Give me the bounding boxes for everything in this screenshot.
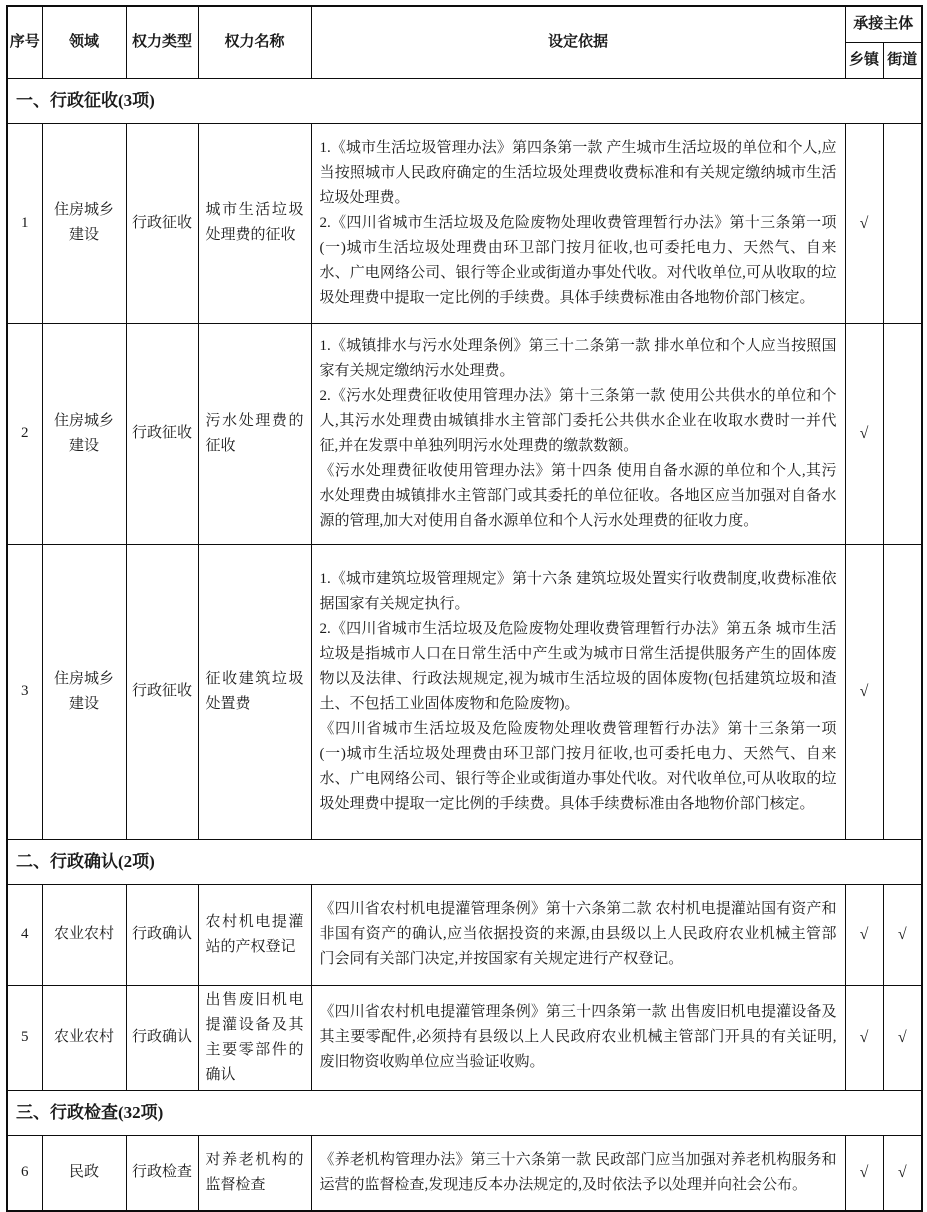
basis-paragraph: 2.《四川省城市生活垃圾及危险废物处理收费管理暂行办法》第十三条第一项 (一)城…	[320, 211, 837, 311]
power-type-cell: 行政征收	[126, 544, 198, 839]
section-header-3: 三、行政检查(32项)	[7, 1090, 922, 1135]
basis-cell: 1.《城市生活垃圾管理办法》第四条第一款 产生城市生活垃圾的单位和个人,应当按照…	[311, 123, 845, 323]
table-row: 6 民政 行政检查 对养老机构的监督检查 《养老机构管理办法》第三十六条第一款 …	[7, 1135, 922, 1211]
basis-cell: 《养老机构管理办法》第三十六条第一款 民政部门应当加强对养老机构服务和运营的监督…	[311, 1135, 845, 1211]
field-cell: 住房城乡建设	[42, 544, 126, 839]
basis-cell: 1.《城镇排水与污水处理条例》第三十二条第一款 排水单位和个人应当按照国家有关规…	[311, 323, 845, 544]
township-check: √	[845, 544, 883, 839]
street-check: √	[883, 1135, 922, 1211]
power-type-cell: 行政确认	[126, 985, 198, 1090]
township-check: √	[845, 985, 883, 1090]
township-check: √	[845, 123, 883, 323]
street-check: √	[883, 985, 922, 1090]
power-name-cell: 农村机电提灌站的产权登记	[198, 884, 311, 985]
row-number: 1	[7, 123, 42, 323]
table-row: 1 住房城乡建设 行政征收 城市生活垃圾处理费的征收 1.《城市生活垃圾管理办法…	[7, 123, 922, 323]
basis-cell: 《四川省农村机电提灌管理条例》第十六条第二款 农村机电提灌站国有资产和非国有资产…	[311, 884, 845, 985]
document-page: 序号 领域 权力类型 权力名称 设定依据 承接主体 乡镇 街道 一、行政征收(3…	[0, 0, 927, 1193]
street-check	[883, 323, 922, 544]
row-number: 5	[7, 985, 42, 1090]
power-delegation-table: 序号 领域 权力类型 权力名称 设定依据 承接主体 乡镇 街道 一、行政征收(3…	[6, 5, 923, 1212]
field-cell: 住房城乡建设	[42, 123, 126, 323]
header-field: 领域	[42, 6, 126, 78]
section-header-1: 一、行政征收(3项)	[7, 78, 922, 123]
basis-paragraph: 《污水处理费征收使用管理办法》第十四条 使用自备水源的单位和个人,其污水处理费由…	[320, 459, 837, 534]
section-header-2: 二、行政确认(2项)	[7, 839, 922, 884]
header-no: 序号	[7, 6, 42, 78]
field-cell: 住房城乡建设	[42, 323, 126, 544]
power-name-cell: 对养老机构的监督检查	[198, 1135, 311, 1211]
basis-cell: 《四川省农村机电提灌管理条例》第三十四条第一款 出售废旧机电提灌设备及其主要零配…	[311, 985, 845, 1090]
table-row: 5 农业农村 行政确认 出售废旧机电提灌设备及其主要零部件的确认 《四川省农村机…	[7, 985, 922, 1090]
section-title: 二、行政确认(2项)	[7, 839, 922, 884]
header-power-type: 权力类型	[126, 6, 198, 78]
township-check: √	[845, 884, 883, 985]
section-title: 一、行政征收(3项)	[7, 78, 922, 123]
power-type-cell: 行政征收	[126, 123, 198, 323]
row-number: 4	[7, 884, 42, 985]
row-number: 2	[7, 323, 42, 544]
row-number: 6	[7, 1135, 42, 1211]
row-number: 3	[7, 544, 42, 839]
basis-paragraph: 《养老机构管理办法》第三十六条第一款 民政部门应当加强对养老机构服务和运营的监督…	[320, 1148, 837, 1198]
street-check	[883, 123, 922, 323]
header-power-name: 权力名称	[198, 6, 311, 78]
header-township: 乡镇	[845, 42, 883, 78]
table-row: 3 住房城乡建设 行政征收 征收建筑垃圾处置费 1.《城市建筑垃圾管理规定》第十…	[7, 544, 922, 839]
power-name-cell: 污水处理费的征收	[198, 323, 311, 544]
basis-paragraph: 1.《城镇排水与污水处理条例》第三十二条第一款 排水单位和个人应当按照国家有关规…	[320, 334, 837, 384]
township-check: √	[845, 1135, 883, 1211]
basis-paragraph: 《四川省农村机电提灌管理条例》第三十四条第一款 出售废旧机电提灌设备及其主要零配…	[320, 1000, 837, 1075]
power-name-cell: 城市生活垃圾处理费的征收	[198, 123, 311, 323]
power-type-cell: 行政确认	[126, 884, 198, 985]
table-row: 4 农业农村 行政确认 农村机电提灌站的产权登记 《四川省农村机电提灌管理条例》…	[7, 884, 922, 985]
table-row: 2 住房城乡建设 行政征收 污水处理费的征收 1.《城镇排水与污水处理条例》第三…	[7, 323, 922, 544]
header-street: 街道	[883, 42, 922, 78]
basis-paragraph: 2.《污水处理费征收使用管理办法》第十三条第一款 使用公共供水的单位和个人,其污…	[320, 384, 837, 459]
basis-paragraph: 《四川省城市生活垃圾及危险废物处理收费管理暂行办法》第十三条第一项 (一)城市生…	[320, 717, 837, 817]
power-name-cell: 征收建筑垃圾处置费	[198, 544, 311, 839]
power-type-cell: 行政检查	[126, 1135, 198, 1211]
header-undertaker: 承接主体	[845, 6, 922, 42]
street-check: √	[883, 884, 922, 985]
basis-paragraph: 1.《城市建筑垃圾管理规定》第十六条 建筑垃圾处置实行收费制度,收费标准依据国家…	[320, 567, 837, 617]
header-basis: 设定依据	[311, 6, 845, 78]
field-cell: 农业农村	[42, 985, 126, 1090]
street-check	[883, 544, 922, 839]
power-name-cell: 出售废旧机电提灌设备及其主要零部件的确认	[198, 985, 311, 1090]
field-cell: 民政	[42, 1135, 126, 1211]
basis-paragraph: 2.《四川省城市生活垃圾及危险废物处理收费管理暂行办法》第五条 城市生活垃圾是指…	[320, 617, 837, 717]
section-title: 三、行政检查(32项)	[7, 1090, 922, 1135]
basis-paragraph: 1.《城市生活垃圾管理办法》第四条第一款 产生城市生活垃圾的单位和个人,应当按照…	[320, 136, 837, 211]
basis-cell: 1.《城市建筑垃圾管理规定》第十六条 建筑垃圾处置实行收费制度,收费标准依据国家…	[311, 544, 845, 839]
power-type-cell: 行政征收	[126, 323, 198, 544]
field-cell: 农业农村	[42, 884, 126, 985]
basis-paragraph: 《四川省农村机电提灌管理条例》第十六条第二款 农村机电提灌站国有资产和非国有资产…	[320, 897, 837, 972]
township-check: √	[845, 323, 883, 544]
header-row-1: 序号 领域 权力类型 权力名称 设定依据 承接主体	[7, 6, 922, 42]
